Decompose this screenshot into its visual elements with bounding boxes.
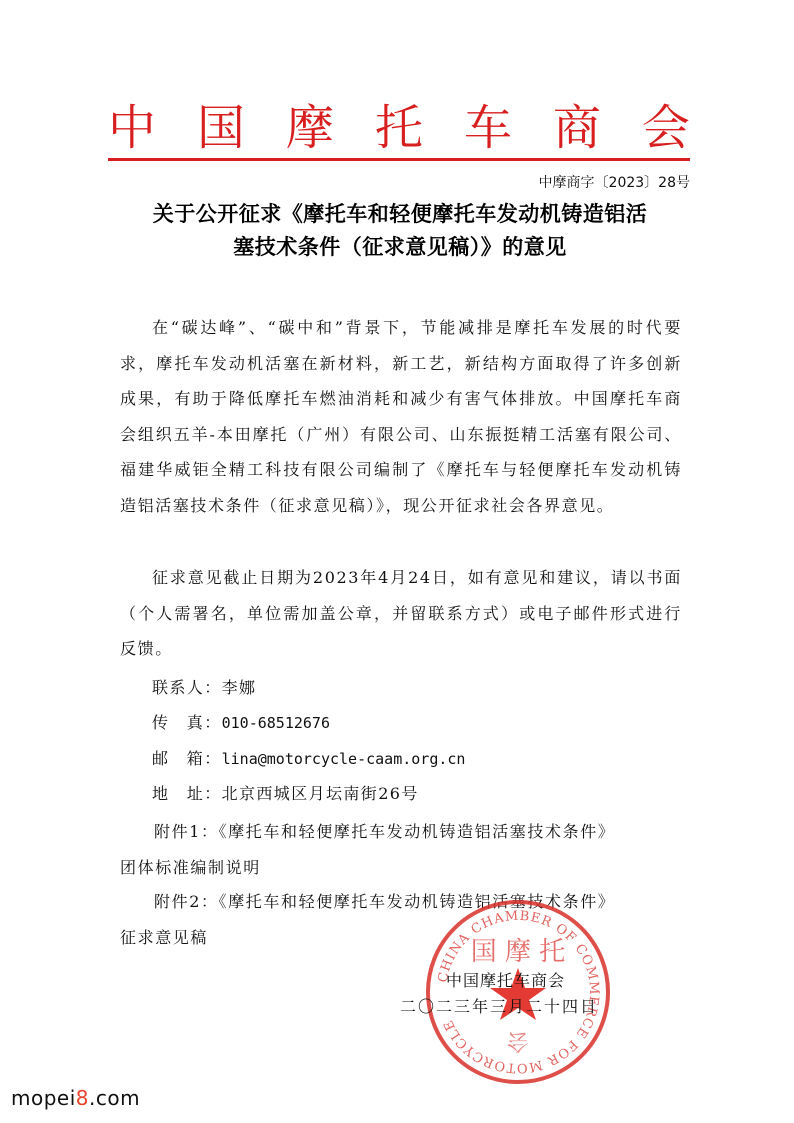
- body-paragraph-2: 征求意见截止日期为2023年4月24日，如有意见和建议，请以书面（个人需署名，单…: [120, 560, 682, 667]
- contact-email: 邮 箱：lina@motorcycle-caam.org.cn: [152, 741, 465, 777]
- contact-email-link[interactable]: lina@motorcycle-caam.org.cn: [222, 750, 466, 768]
- attachment-1-title: 《摩托车和轻便摩托车发动机铸造铝活塞技术条件》: [219, 822, 616, 841]
- contact-address: 地 址：北京西城区月坛南街26号: [152, 776, 419, 811]
- seal-inner-text: 国 摩 托: [471, 937, 566, 967]
- title-line-1: 关于公开征求《摩托车和轻便摩托车发动机铸造铝活: [112, 198, 688, 231]
- attachment-1-subtitle: 团体标准编制说明: [120, 850, 686, 886]
- attachment-1: 附件1：《摩托车和轻便摩托车发动机铸造铝活塞技术条件》 团体标准编制说明: [120, 814, 686, 885]
- org-char: 车: [464, 104, 512, 152]
- contact-person-value: 李娜: [222, 678, 257, 697]
- contact-person-label: 联系人：: [152, 678, 222, 697]
- contact-fax: 传 真：010-68512676: [152, 705, 330, 741]
- contact-address-label: 地 址：: [152, 784, 222, 803]
- contact-fax-label: 传 真：: [152, 713, 222, 732]
- org-char: 会: [642, 104, 690, 152]
- org-char: 国: [197, 104, 245, 152]
- contact-address-value: 北京西城区月坛南街26号: [222, 784, 419, 803]
- site-watermark: mopei8.com: [11, 1086, 140, 1110]
- watermark-suffix: .com: [89, 1086, 140, 1110]
- org-char: 中: [108, 104, 156, 152]
- official-seal-icon: CHINA CHAMBER OF COMMERCE FOR MOTORCYCLE…: [424, 898, 612, 1086]
- document-title: 关于公开征求《摩托车和轻便摩托车发动机铸造铝活 塞技术条件（征求意见稿）》的意见: [112, 198, 688, 264]
- org-char: 托: [375, 104, 423, 152]
- svg-text:会: 会: [507, 1028, 529, 1053]
- org-char: 摩: [286, 104, 334, 152]
- org-char: 商: [553, 104, 601, 152]
- signature-organization: 中国摩托车商会: [446, 968, 565, 991]
- signature-date: 二〇二三年三月二十四日: [400, 994, 598, 1017]
- document-number: 中摩商字〔2023〕28号: [539, 172, 690, 192]
- contact-email-label: 邮 箱：: [152, 749, 222, 768]
- watermark-accent: 8: [76, 1086, 89, 1110]
- body-paragraph-1: 在“碳达峰”、“碳中和”背景下，节能减排是摩托车发展的时代要求，摩托车发动机活塞…: [120, 310, 682, 524]
- contact-fax-value: 010-68512676: [222, 714, 330, 732]
- title-line-2: 塞技术条件（征求意见稿）》的意见: [112, 231, 688, 264]
- watermark-prefix: mopei: [11, 1086, 76, 1110]
- attachment-1-label: 附件1：: [154, 822, 219, 841]
- letterhead-divider: [108, 158, 690, 161]
- contact-person: 联系人：李娜: [152, 670, 256, 705]
- attachment-2-label: 附件2：: [154, 892, 219, 911]
- letterhead-org-name: 中 国 摩 托 车 商 会: [108, 98, 690, 158]
